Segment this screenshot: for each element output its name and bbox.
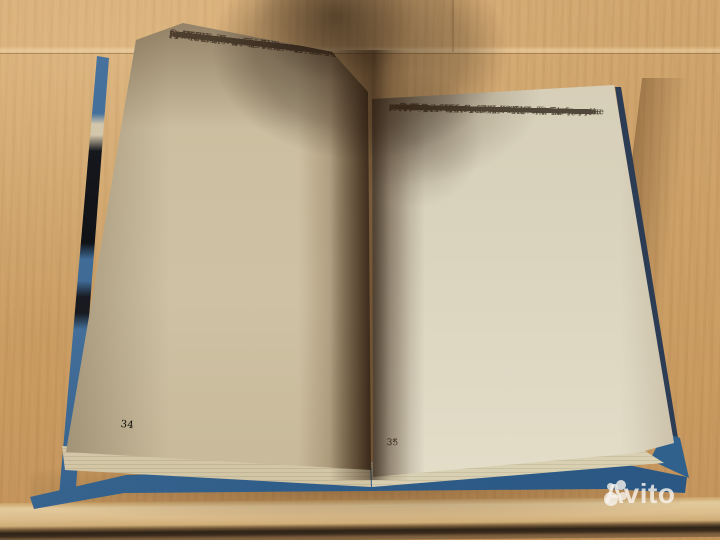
book-photo: «записаться в армию». Данилка сробостью …	[0, 0, 720, 540]
camera-shadow	[330, 55, 500, 225]
avito-watermark-text: Avito	[604, 480, 675, 508]
